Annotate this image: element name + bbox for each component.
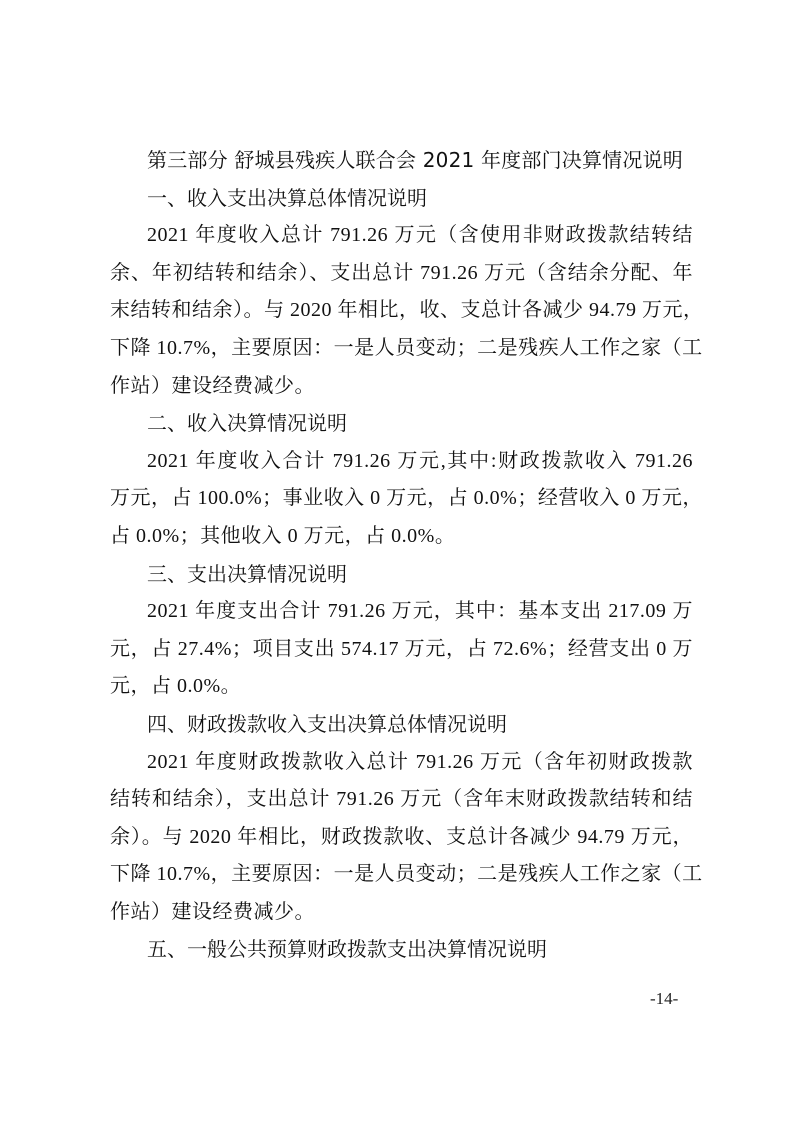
document-page: 第三部分 舒城县残疾人联合会 2021 年度部门决算情况说明 一、收入支出决算总… [110,142,693,969]
section-heading-4: 四、财政拨款收入支出决算总体情况说明 [110,706,693,744]
paragraph-line: 余、年初结转和结余）、支出总计 791.26 万元（含结余分配、年 [110,255,693,293]
section-heading-5: 五、一般公共预算财政拨款支出决算情况说明 [110,931,693,969]
section-paragraph-1: 2021 年度收入总计 791.26 万元（含使用非财政拨款结转结 余、年初结转… [110,217,693,405]
paragraph-line: 作站）建设经费减少。 [110,894,693,932]
paragraph-line: 万元，占 100.0%；事业收入 0 万元，占 0.0%；经营收入 0 万元， [110,480,693,518]
document-title: 第三部分 舒城县残疾人联合会 2021 年度部门决算情况说明 [110,142,693,180]
paragraph-line: 下降 10.7%，主要原因：一是人员变动；二是残疾人工作之家（工 [110,330,693,368]
paragraph-line: 下降 10.7%，主要原因：一是人员变动；二是残疾人工作之家（工 [110,856,693,894]
paragraph-line: 元，占 0.0%。 [110,668,693,706]
paragraph-line: 结转和结余），支出总计 791.26 万元（含年末财政拨款结转和结 [110,781,693,819]
page-number: -14- [650,989,678,1009]
paragraph-line: 作站）建设经费减少。 [110,368,693,406]
section-paragraph-4: 2021 年度财政拨款收入总计 791.26 万元（含年初财政拨款 结转和结余）… [110,744,693,932]
paragraph-line: 占 0.0%；其他收入 0 万元，占 0.0%。 [110,518,693,556]
paragraph-line: 余）。与 2020 年相比，财政拨款收、支总计各减少 94.79 万元， [110,819,693,857]
paragraph-line: 2021 年度收入合计 791.26 万元,其中:财政拨款收入 791.26 [110,443,693,481]
section-paragraph-2: 2021 年度收入合计 791.26 万元,其中:财政拨款收入 791.26 万… [110,443,693,556]
section-heading-2: 二、收入决算情况说明 [110,405,693,443]
paragraph-line: 2021 年度支出合计 791.26 万元，其中：基本支出 217.09 万 [110,593,693,631]
section-heading-3: 三、支出决算情况说明 [110,556,693,594]
paragraph-line: 2021 年度财政拨款收入总计 791.26 万元（含年初财政拨款 [110,744,693,782]
paragraph-line: 末结转和结余）。与 2020 年相比，收、支总计各减少 94.79 万元， [110,292,693,330]
section-heading-1: 一、收入支出决算总体情况说明 [110,180,693,218]
section-paragraph-3: 2021 年度支出合计 791.26 万元，其中：基本支出 217.09 万 元… [110,593,693,706]
paragraph-line: 元，占 27.4%；项目支出 574.17 万元，占 72.6%；经营支出 0 … [110,631,693,669]
paragraph-line: 2021 年度收入总计 791.26 万元（含使用非财政拨款结转结 [110,217,693,255]
